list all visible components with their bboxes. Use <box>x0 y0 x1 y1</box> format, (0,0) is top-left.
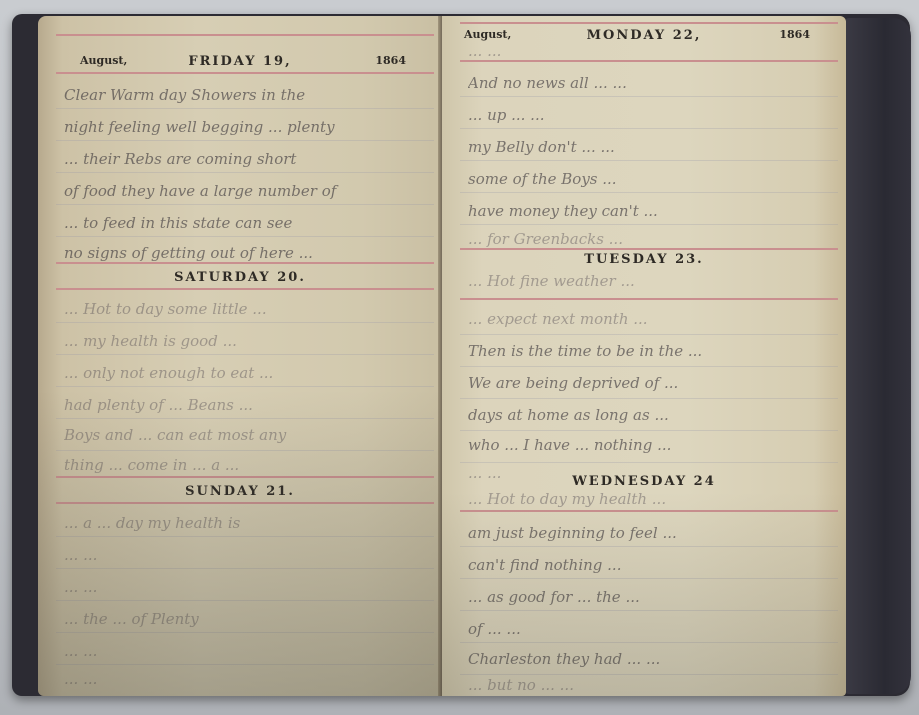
entry-line: ... up ... ... <box>468 106 832 124</box>
entry-line: Boys and ... can eat most any <box>64 426 428 444</box>
entry-line: ... ... <box>468 42 832 60</box>
entry-line: ... ... <box>64 642 428 660</box>
entry-line: have money they can't ... <box>468 202 832 220</box>
entry-line: some of the Boys ... <box>468 170 832 188</box>
entry-line: ... Hot to day my health ... <box>468 490 832 508</box>
entry-line: Clear Warm day Showers in the <box>64 86 428 104</box>
entry-line: ... as good for ... the ... <box>468 588 832 606</box>
entry-line: ... their Rebs are coming short <box>64 150 428 168</box>
entry-line: no signs of getting out of here ... <box>64 244 428 262</box>
entry-line: ... my health is good ... <box>64 332 428 350</box>
entry-line: We are being deprived of ... <box>468 374 832 392</box>
entry-line: ... Hot fine weather ... <box>468 272 832 290</box>
entry-line: thing ... come in ... a ... <box>64 456 428 474</box>
left-diary-page: August, FRIDAY 19, 1864 Clear Warm day S… <box>38 16 442 696</box>
entry-line: days at home as long as ... <box>468 406 832 424</box>
entry-line: ... but no ... ... <box>468 676 832 694</box>
entry-line: ... ... <box>64 670 428 688</box>
entry-line: night feeling well begging ... plenty <box>64 118 428 136</box>
entry-line: ... for Greenbacks ... <box>468 230 832 248</box>
entry-line: ... a ... day my health is <box>64 514 428 532</box>
entry-line: ... expect next month ... <box>468 310 832 328</box>
heading-sunday-21: SUNDAY 21. <box>38 484 442 499</box>
entry-line: And no news all ... ... <box>468 74 832 92</box>
entry-line: can't find nothing ... <box>468 556 832 574</box>
entry-line: of ... ... <box>468 620 832 638</box>
book-cover-edge <box>845 18 911 694</box>
entry-line: ... the ... of Plenty <box>64 610 428 628</box>
heading-wednesday-24: WEDNESDAY 24 <box>442 474 846 489</box>
entry-line: my Belly don't ... ... <box>468 138 832 156</box>
entry-line: ... ... <box>64 546 428 564</box>
right-diary-page: August, MONDAY 22, 1864 ... ... And no n… <box>442 16 846 696</box>
entry-line: ... to feed in this state can see <box>64 214 428 232</box>
entry-line: ... only not enough to eat ... <box>64 364 428 382</box>
heading-tuesday-23: TUESDAY 23. <box>442 252 846 267</box>
entry-line: who ... I have ... nothing ... <box>468 436 832 454</box>
entry-line: ... ... <box>64 578 428 596</box>
entry-line: of food they have a large number of <box>64 182 428 200</box>
entry-line: had plenty of ... Beans ... <box>64 396 428 414</box>
header-year: 1864 <box>779 28 810 41</box>
entry-line: am just beginning to feel ... <box>468 524 832 542</box>
entry-line: ... Hot to day some little ... <box>64 300 428 318</box>
heading-saturday-20: SATURDAY 20. <box>38 270 442 285</box>
entry-line: Then is the time to be in the ... <box>468 342 832 360</box>
entry-line: Charleston they had ... ... <box>468 650 832 668</box>
header-year: 1864 <box>375 54 406 67</box>
